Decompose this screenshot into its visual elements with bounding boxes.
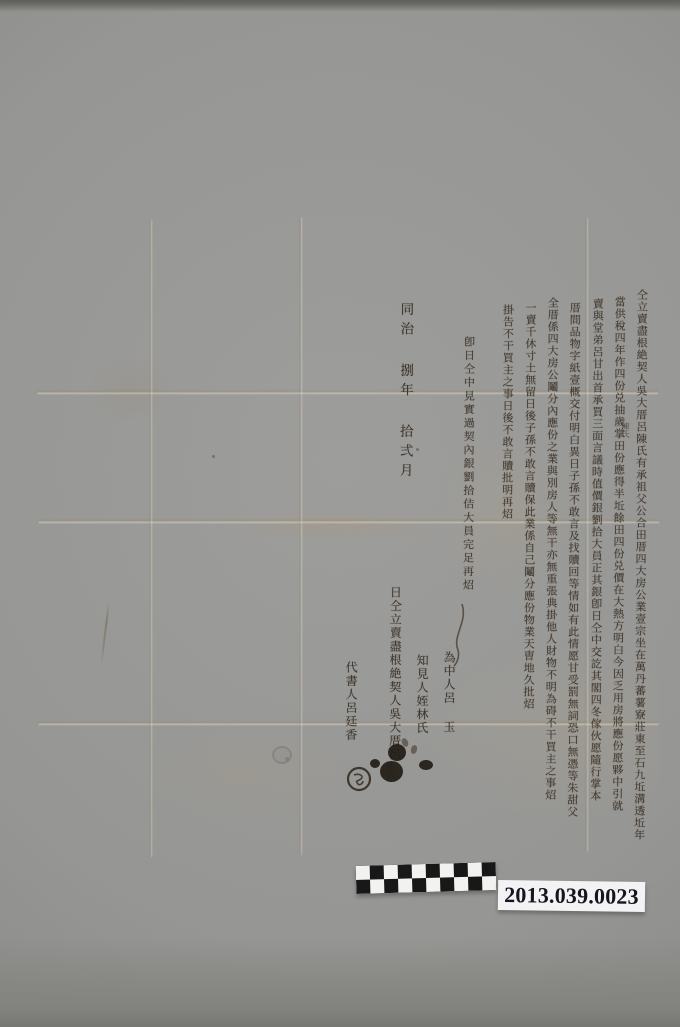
scribe-signature-column: 代書人呂廷香: [342, 661, 359, 742]
ink-blob: [388, 744, 406, 761]
fold-crease-vertical: [148, 214, 153, 860]
ink-blob: [380, 761, 403, 782]
accession-number-text: 2013.039.0023: [504, 882, 639, 910]
contract-column-1: 仝立賣盡根絶契人吳大厝呂陳氏有承祖父公合田厝四大房公業壹宗坐在萬丹蕃薯寮莊東至石…: [631, 289, 650, 841]
contract-column-3: 賣與堂弟呂甘出首承買三面言議時值價銀劉拾大員正其銀卽日仝中交訖其閣四冬傢伙愿隨行…: [587, 298, 606, 802]
paper-speck: [416, 448, 419, 451]
document-paper: 仝立賣盡根絶契人吳大厝呂陳氏有承祖父公合田厝四大房公業壹宗坐在萬丹蕃薯寮莊東至石…: [36, 214, 661, 860]
photo-backdrop: 仝立賣盡根絶契人吳大厝呂陳氏有承祖父公合田厝四大房公業壹宗坐在萬丹蕃薯寮莊東至石…: [0, 0, 680, 1027]
witness-signature-column: 知見人姪林氏: [413, 654, 430, 735]
fold-crease-vertical: [298, 214, 303, 860]
date-column: 同治 捌年 拾弍月: [396, 302, 415, 483]
accession-number-label: 2013.039.0023: [498, 880, 645, 912]
receipt-clause-column: 卽日仝中見實過契內銀劉拾佶大員完足再炤: [459, 336, 476, 593]
seller-signature-column: 日仝立賣盡根絶契人吳大厝呂: [386, 586, 404, 762]
scribe-cipher-seal: [346, 766, 372, 792]
contract-column-5: 全厝係四大房公鬮分內應份之業與別房人等無干亦無重張典掛他人財物不明為碍不干買主之…: [542, 297, 561, 801]
contract-column-2: 當供稅四年作四份兑抽歲掌田份應得半坵餘田四份兑價在大熱方明白今因乏用房將應份愿夥…: [609, 296, 628, 812]
ink-blob: [419, 760, 433, 770]
contract-column-4: 厝間品物字紙壹概交付明白異日子孫不敢言及找贖回等情如有此情愿甘受罰無詞恐口無憑等…: [564, 302, 583, 818]
contract-column-7: 掛告不干買主之事日後不敢言贖批明再炤: [498, 304, 515, 520]
faint-smudge-mark: [272, 746, 292, 764]
calibration-checkerboard: [356, 862, 497, 894]
paper-speck: [212, 455, 215, 458]
middleman-signature-column: 為中人呂 玉: [440, 651, 457, 734]
contract-column-6: 一賣千休寸土無留日後子孫不敢言贖保此業係自己鬮分應份物業天曺地久批炤: [520, 302, 538, 710]
paper-tear-crack: [100, 602, 110, 666]
signature-ink-mark: [410, 744, 418, 754]
